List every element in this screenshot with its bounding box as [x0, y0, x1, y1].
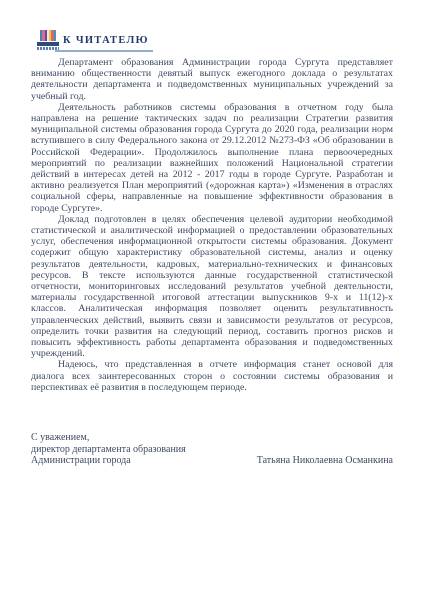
signature-block: С уважением, директор департамента образ…: [31, 432, 393, 467]
closing-position-line1: директор департамента образования: [31, 444, 393, 456]
paragraph-intro: Департамент образования Администрации го…: [31, 57, 393, 102]
paragraph-report: Доклад подготовлен в целях обеспечения ц…: [31, 214, 393, 360]
department-logo: [37, 30, 59, 50]
signature-name: Татьяна Николаевна Османкина: [257, 455, 393, 467]
paragraph-activity: Деятельность работников системы образова…: [31, 102, 393, 214]
closing-position-line2: Администрации города: [31, 455, 131, 467]
letter-body: Департамент образования Администрации го…: [31, 57, 393, 393]
logo-stripes-icon: [40, 30, 56, 41]
title-underline: [55, 50, 153, 52]
logo-band: [37, 42, 59, 46]
document-page: К ЧИТАТЕЛЮ Департамент образования Админ…: [0, 0, 424, 600]
page-title: К ЧИТАТЕЛЮ: [63, 35, 149, 46]
closing-salutation: С уважением,: [31, 432, 393, 444]
paragraph-hope: Надеюсь, что представленная в отчете инф…: [31, 359, 393, 393]
